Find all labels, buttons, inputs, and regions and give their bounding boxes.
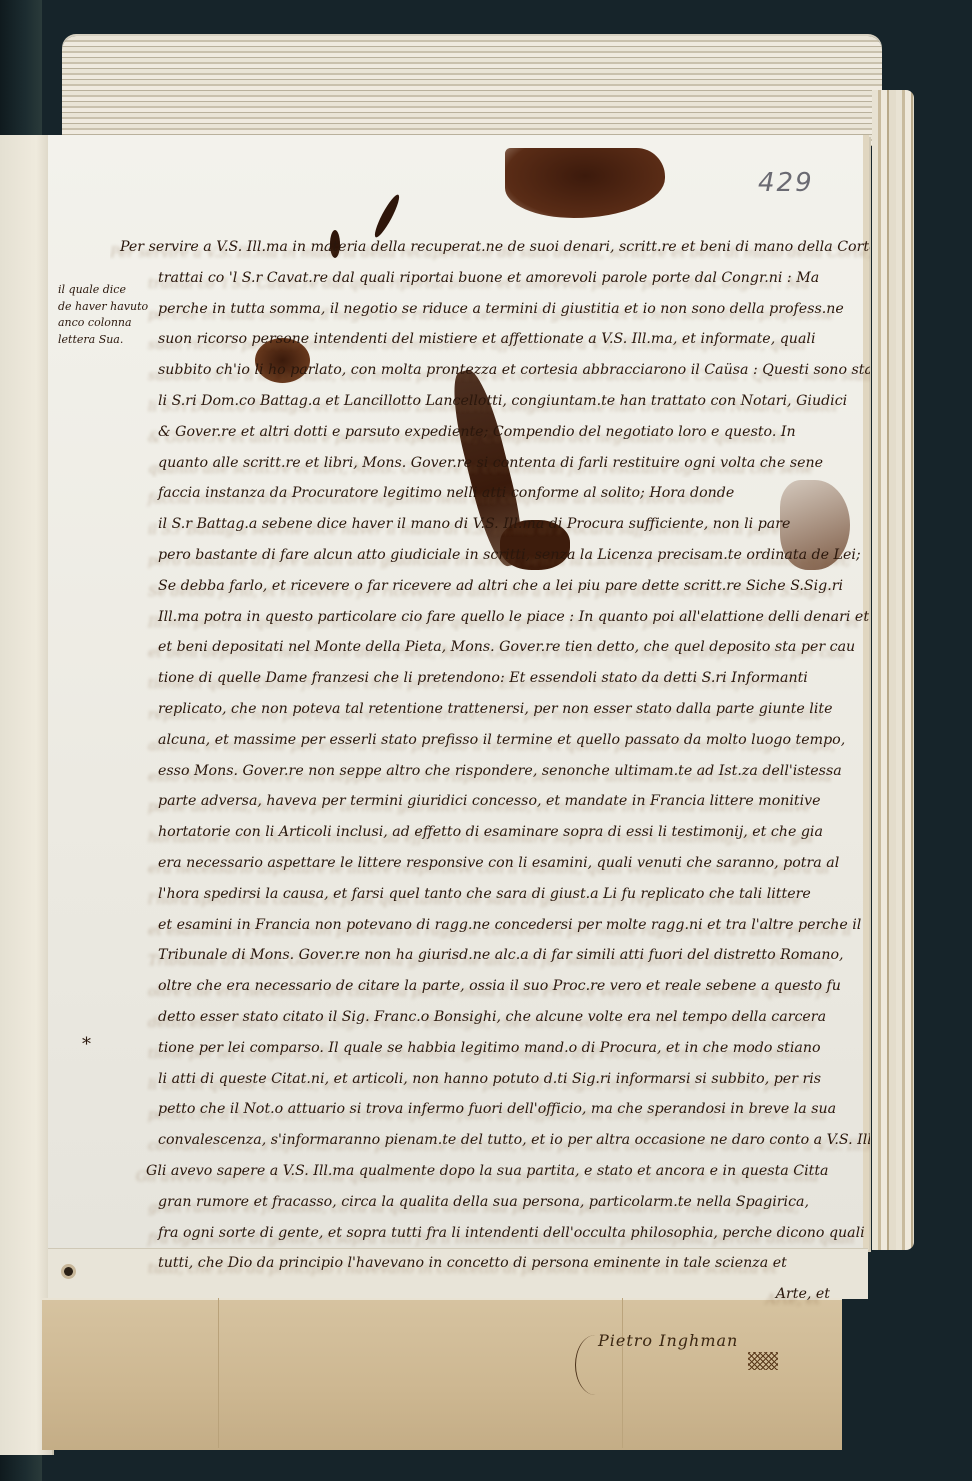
- text-line: petto che il Not.o attuario si trova inf…: [110, 1094, 870, 1125]
- text-line: Gli avevo sapere a V.S. Ill.ma qualmente…: [110, 1156, 870, 1187]
- text-line: oltre che era necessario de citare la pa…: [110, 971, 870, 1002]
- text-line: Tribunale di Mons. Gover.re non ha giuri…: [110, 940, 870, 971]
- text-line: suon ricorso persone intendenti del mist…: [110, 324, 870, 355]
- text-line: parte adversa, haveva per termini giurid…: [110, 786, 870, 817]
- catchword-line: Arte, et: [110, 1279, 870, 1310]
- text-line: detto esser stato citato il Sig. Franc.o…: [110, 1002, 870, 1033]
- text-line: Se debba farlo, et ricevere o far riceve…: [110, 571, 870, 602]
- text-line: perche in tutta somma, il negotio se rid…: [110, 294, 870, 325]
- facing-page-edge: [0, 135, 54, 1455]
- text-line: replicato, che non poteva tal retentione…: [110, 694, 870, 725]
- marginal-mark: *: [82, 1034, 91, 1055]
- text-line: l'hora spedirsi la causa, et farsi quel …: [110, 879, 870, 910]
- text-line: Per servire a V.S. Ill.ma in materia del…: [110, 232, 870, 263]
- letter-body: Per servire a V.S. Ill.ma in materia del…: [110, 232, 870, 1310]
- text-line: il S.r Battag.a sebene dice haver il man…: [110, 509, 870, 540]
- page-stack-right-edge: [872, 90, 914, 1250]
- text-line: era necessario aspettare le littere resp…: [110, 848, 870, 879]
- text-line: et esamini in Francia non potevano di ra…: [110, 910, 870, 941]
- text-line: subbito ch'io li ho parlato, con molta p…: [110, 355, 870, 386]
- binding-hole: [64, 1267, 73, 1276]
- text-line: convalescenza, s'informaranno pienam.te …: [110, 1125, 870, 1156]
- text-line: fra ogni sorte di gente, et sopra tutti …: [110, 1218, 870, 1249]
- signature-paraph: [748, 1352, 778, 1370]
- text-line: & Gover.re et altri dotti e parsuto expe…: [110, 417, 870, 448]
- text-line: esso Mons. Gover.re non seppe altro che …: [110, 756, 870, 787]
- wrapper-fold-line: [622, 1298, 623, 1448]
- text-line: tione per lei comparso. Il quale se habb…: [110, 1033, 870, 1064]
- wrapper-fold-line: [218, 1298, 219, 1448]
- paper-wrapper-cover: [42, 1298, 842, 1450]
- text-line: tutti, che Dio da principio l'havevano i…: [110, 1248, 870, 1279]
- text-line: et beni depositati nel Monte della Pieta…: [110, 632, 870, 663]
- text-line: quanto alle scritt.re et libri, Mons. Go…: [110, 448, 870, 479]
- text-line: pero bastante di fare alcun atto giudici…: [110, 540, 870, 571]
- folio-number: 429: [758, 168, 814, 198]
- text-line: tione di quelle Dame franzesi che li pre…: [110, 663, 870, 694]
- text-line: gran rumore et fracasso, circa la qualit…: [110, 1187, 870, 1218]
- text-line: trattai co 'l S.r Cavat.re dal quali rip…: [110, 263, 870, 294]
- page-stack-top-edge: [62, 36, 882, 146]
- text-line: alcuna, et massime per esserli stato pre…: [110, 725, 870, 756]
- text-line: li S.ri Dom.co Battag.a et Lancillotto L…: [110, 386, 870, 417]
- text-line: li atti di queste Citat.ni, et articoli,…: [110, 1064, 870, 1095]
- text-line: faccia instanza da Procuratore legitimo …: [110, 478, 870, 509]
- text-line: Ill.ma potra in questo particolare cio f…: [110, 602, 870, 633]
- text-line: hortatorie con li Articoli inclusi, ad e…: [110, 817, 870, 848]
- signature: Pietro Inghman: [598, 1331, 738, 1350]
